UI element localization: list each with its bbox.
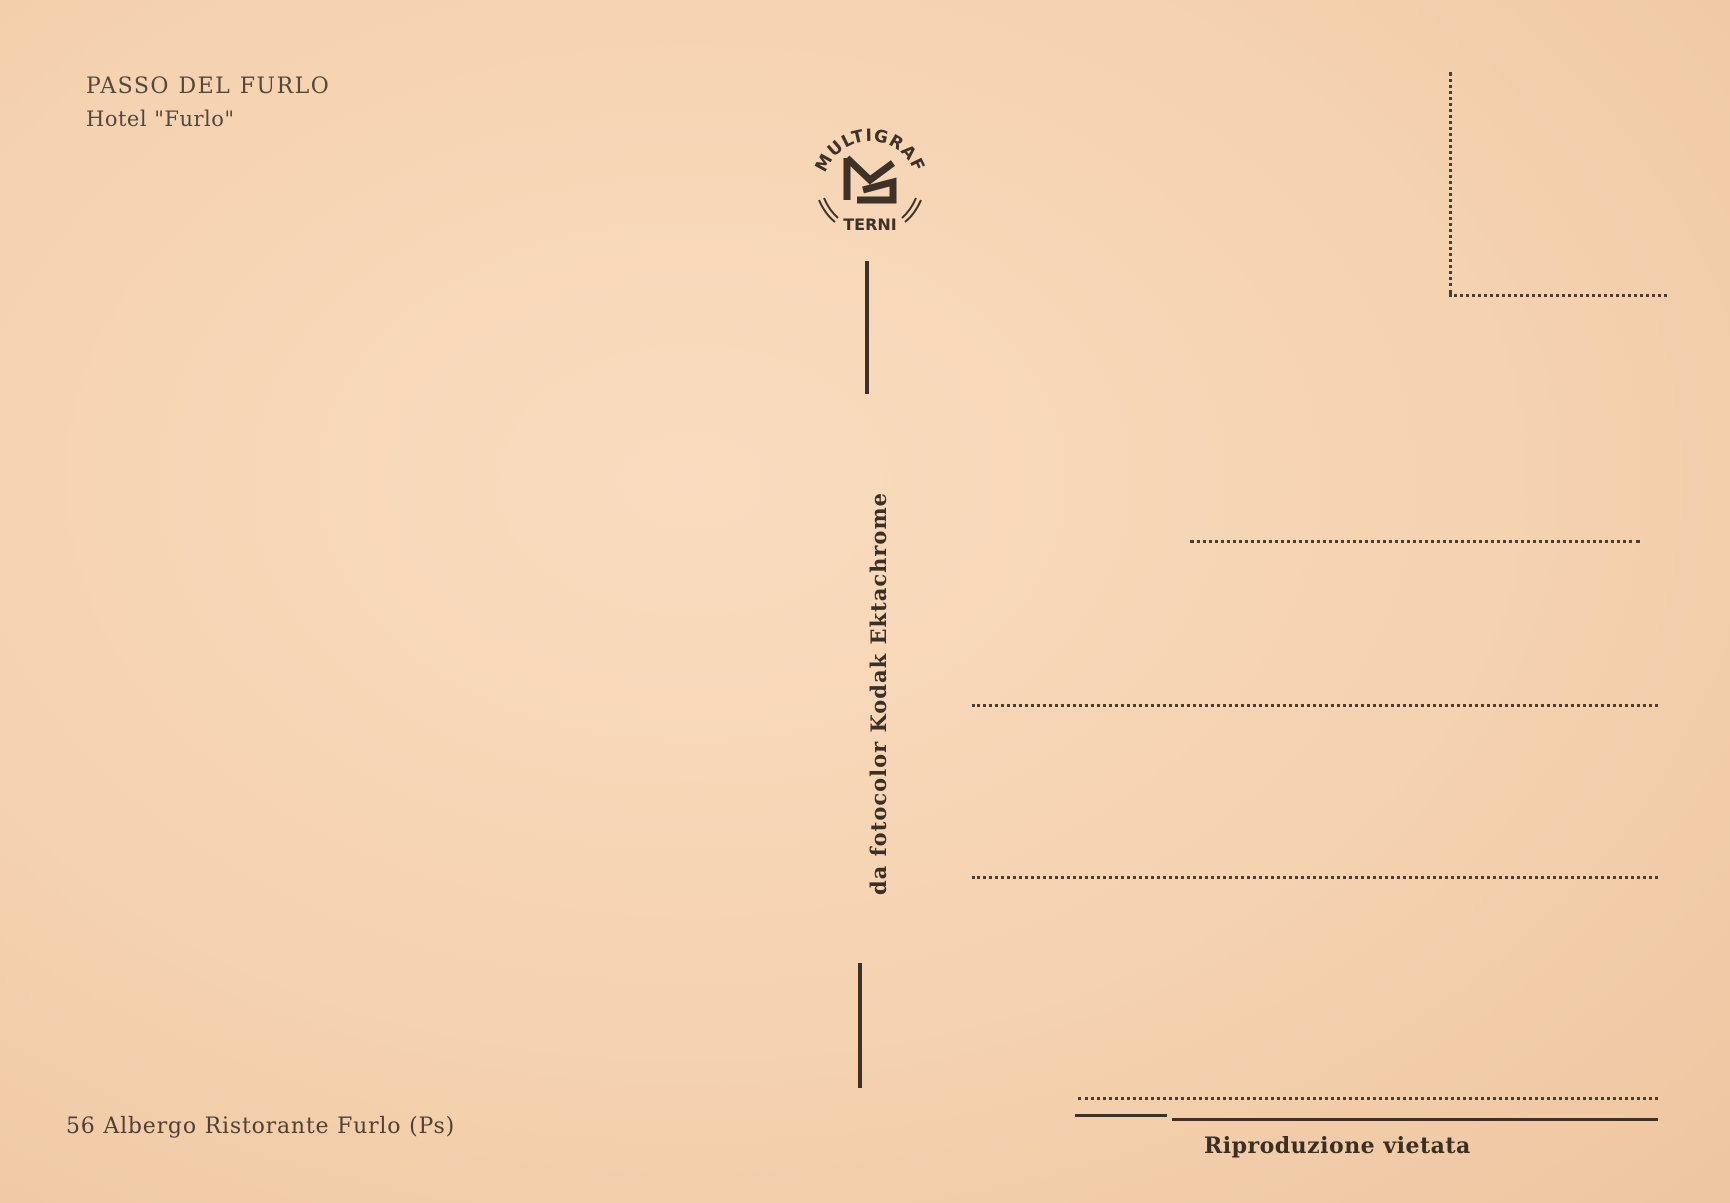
photo-credit: da fotocolor Kodak Ektachrome [866, 492, 891, 895]
divider-bottom [858, 963, 862, 1088]
stamp-box-left-edge [1449, 72, 1452, 294]
logo-city: TERNI [843, 215, 897, 234]
address-line-3 [972, 876, 1658, 879]
postcard-subtitle: Hotel "Furlo" [86, 107, 235, 131]
rule-short [1075, 1114, 1167, 1117]
multigraf-logo-icon: MULTIGRAF TERNI [805, 118, 935, 238]
svg-text:MULTIGRAF: MULTIGRAF [811, 126, 928, 176]
address-line-4 [1078, 1097, 1658, 1100]
postcard-title: PASSO DEL FURLO [86, 74, 330, 99]
divider-top [865, 261, 869, 394]
postcard-caption: 56 Albergo Ristorante Furlo (Ps) [66, 1114, 455, 1139]
logo-name: MULTIGRAF [811, 126, 928, 176]
stamp-box-bottom-edge [1449, 294, 1667, 297]
rule-long [1172, 1118, 1658, 1121]
address-line-2 [972, 704, 1658, 707]
reproduction-notice: Riproduzione vietata [1204, 1133, 1471, 1159]
address-line-1 [1190, 540, 1640, 543]
